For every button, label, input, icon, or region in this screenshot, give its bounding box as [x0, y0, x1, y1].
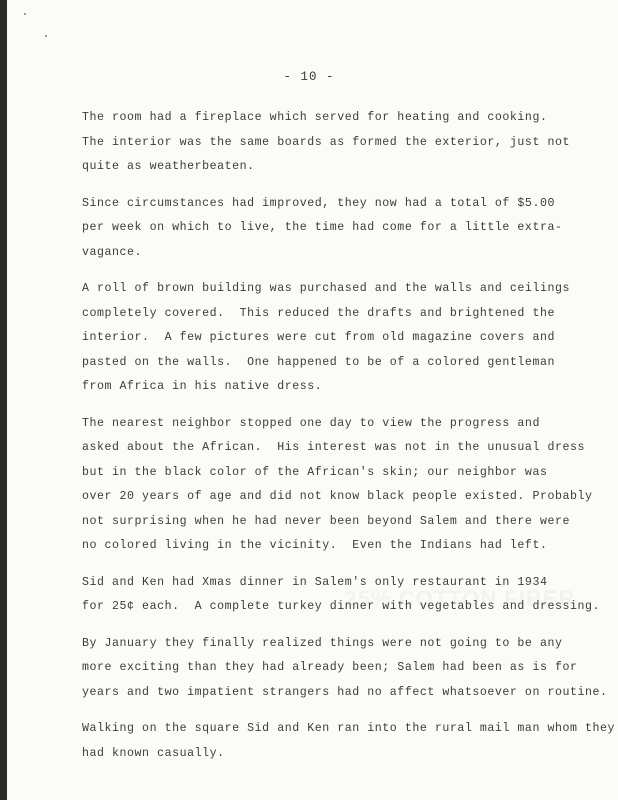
scan-edge: [0, 0, 7, 800]
text-line: but in the black color of the African's …: [82, 461, 612, 486]
text-line: per week on which to live, the time had …: [82, 216, 612, 241]
text-line: Walking on the square Sid and Ken ran in…: [82, 717, 612, 742]
text-line: for 25¢ each. A complete turkey dinner w…: [82, 595, 612, 620]
text-line: pasted on the walls. One happened to be …: [82, 351, 612, 376]
text-line: interior. A few pictures were cut from o…: [82, 326, 612, 351]
text-line: Since circumstances had improved, they n…: [82, 192, 612, 217]
document-body: The room had a fireplace which served fo…: [82, 106, 612, 778]
text-line: completely covered. This reduced the dra…: [82, 302, 612, 327]
text-line: A roll of brown building was purchased a…: [82, 277, 612, 302]
text-line: had known casually.: [82, 742, 612, 767]
scan-speck: [24, 13, 26, 15]
text-line: Sid and Ken had Xmas dinner in Salem's o…: [82, 571, 612, 596]
paragraph: Walking on the square Sid and Ken ran in…: [82, 717, 612, 766]
text-line: more exciting than they had already been…: [82, 656, 612, 681]
paragraph: The room had a fireplace which served fo…: [82, 106, 612, 180]
text-line: quite as weatherbeaten.: [82, 155, 612, 180]
text-line: asked about the African. His interest wa…: [82, 436, 612, 461]
text-line: not surprising when he had never been be…: [82, 510, 612, 535]
text-line: from Africa in his native dress.: [82, 375, 612, 400]
paragraph: By January they finally realized things …: [82, 632, 612, 706]
paragraph: The nearest neighbor stopped one day to …: [82, 412, 612, 559]
text-line: The interior was the same boards as form…: [82, 131, 612, 156]
text-line: The room had a fireplace which served fo…: [82, 106, 612, 131]
paragraph: A roll of brown building was purchased a…: [82, 277, 612, 400]
text-line: The nearest neighbor stopped one day to …: [82, 412, 612, 437]
text-line: over 20 years of age and did not know bl…: [82, 485, 612, 510]
paragraph: Since circumstances had improved, they n…: [82, 192, 612, 266]
text-line: no colored living in the vicinity. Even …: [82, 534, 612, 559]
paragraph: Sid and Ken had Xmas dinner in Salem's o…: [82, 571, 612, 620]
text-line: vagance.: [82, 241, 612, 266]
text-line: years and two impatient strangers had no…: [82, 681, 612, 706]
page-number: - 10 -: [0, 70, 618, 84]
text-line: By January they finally realized things …: [82, 632, 612, 657]
scan-speck: [45, 35, 47, 37]
